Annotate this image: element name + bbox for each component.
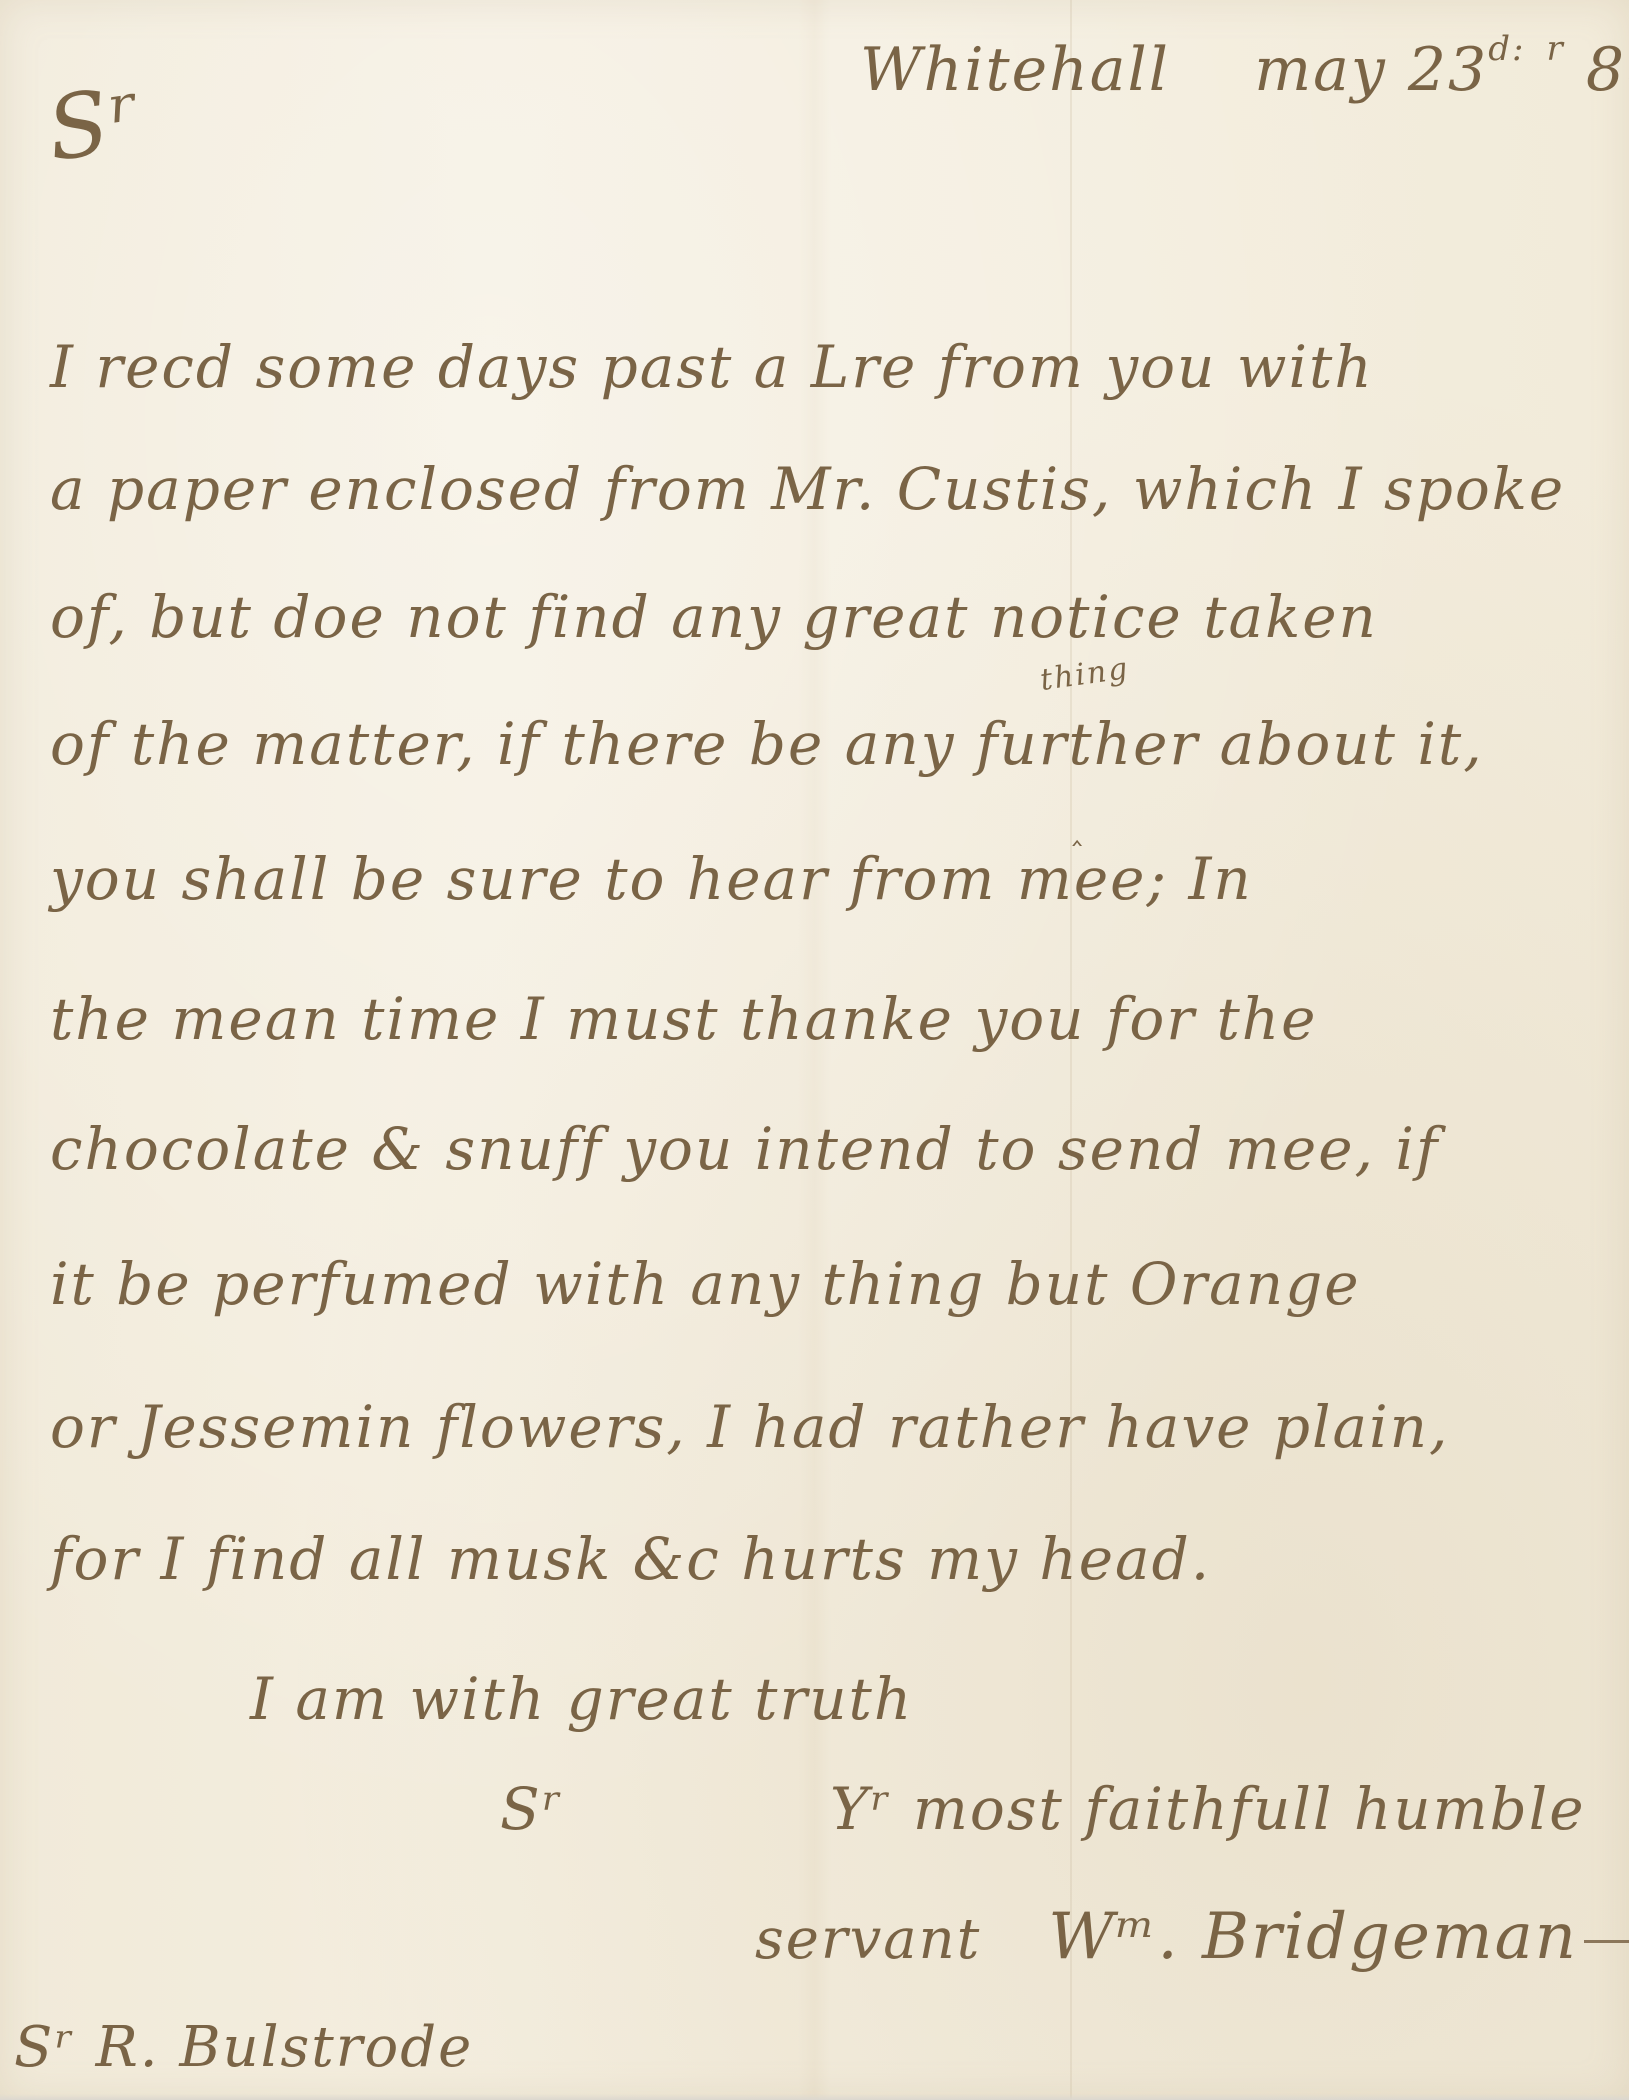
signature-name: Wᵐ. Bridgeman [1048,1900,1578,1974]
insertion-caret-icon: ‸ [1072,815,1084,845]
body-line: the mean time I must thanke you for the [50,990,1317,1048]
heading-place: Whitehall [860,35,1170,105]
body-line: you shall be sure to hear from mee; In [50,850,1253,908]
heading-date-superscript: d: [1488,29,1525,69]
letter-heading: Whitehall may 23d: r 86 [860,40,1629,100]
addressee: Sʳ R. Bulstrode [14,2020,473,2076]
heading-year-superscript: r [1547,29,1565,69]
body-line: for I find all musk &c hurts my head. [50,1530,1211,1588]
body-line: it be perfumed with any thing but Orange [50,1255,1361,1313]
closing-line: I am with great truth [250,1670,913,1728]
signature-block: servant Wᵐ. Bridgeman [755,1905,1629,1969]
body-line: a paper enclosed from Mr. Custis, which … [50,460,1565,518]
body-line: or Jessemin flowers, I had rather have p… [50,1398,1449,1456]
paper-bottom-edge [0,2094,1629,2100]
interlinear-insertion: thing [1038,654,1131,696]
salutation: Sʳ [42,74,148,174]
heading-date: may 23 [1254,35,1488,105]
closing-abbrev: Sʳ [500,1780,564,1838]
body-line: I recd some days past a Lre from you wit… [50,338,1374,396]
body-line: of the matter, if there be any further a… [50,715,1484,773]
letter-page: Whitehall may 23d: r 86 Sʳ thing ‸ I rec… [0,0,1629,2100]
body-line: chocolate & snuff you intend to send mee… [50,1120,1439,1178]
heading-year: 86 [1586,35,1629,105]
closing-line: Yʳ most faithfull humble [830,1780,1586,1838]
body-line: of, but doe not find any great notice ta… [50,588,1378,646]
signature-prefix: servant [755,1907,981,1972]
signature-flourish [1584,1940,1629,1943]
